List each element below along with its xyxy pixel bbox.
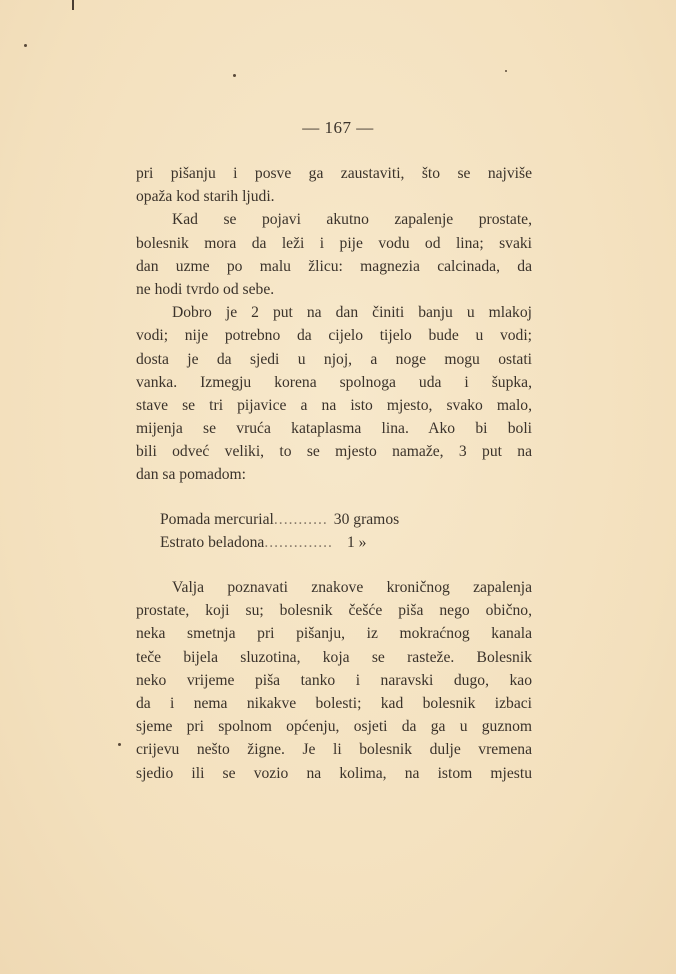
ingredient-quantity: 1 » <box>347 531 367 554</box>
text-line: Kad se pojavi akutno zapalenje prostate, <box>136 208 532 231</box>
text-line: Valja poznavati znakove kroničnog zapale… <box>136 576 532 599</box>
text-line: dan sa pomadom: <box>136 463 532 486</box>
text-line: dan uzme po malu žlicu: magnezia calcina… <box>136 255 532 278</box>
text-line: bili odveć veliki, to se mjesto namaže, … <box>136 440 532 463</box>
prescription-item: Estrato beladona .............. 1 » <box>160 531 520 554</box>
text-line: teče bijela sluzotina, koja se rasteže. … <box>136 646 532 669</box>
text-line: bolesnik mora da leži i pije vodu od lin… <box>136 232 532 255</box>
ink-speck <box>233 74 236 77</box>
scanned-book-page: — 167 — pri pišanju i posve ga zaustavit… <box>0 0 676 974</box>
text-line: crijevu nešto žigne. Je li bolesnik dulj… <box>136 738 532 761</box>
text-line: prostate, koji su; bolesnik češće piša n… <box>136 599 532 622</box>
body-text-top: pri pišanju i posve ga zaustaviti, što s… <box>136 162 532 487</box>
text-line: mijenja se vruća kataplasma lina. Ako bi… <box>136 417 532 440</box>
prescription-list: Pomada mercurial ........... 30 gramos E… <box>160 508 520 554</box>
text-line: da i nema nikakve bolesti; kad bolesnik … <box>136 692 532 715</box>
text-line: vodi; nije potrebno da cijelo tijelo bud… <box>136 324 532 347</box>
text-line: ne hodi tvrdo od sebe. <box>136 278 532 301</box>
text-line: opaža kod starih ljudi. <box>136 185 532 208</box>
ingredient-quantity: 30 gramos <box>334 508 399 531</box>
body-text-bottom: Valja poznavati znakove kroničnog zapale… <box>136 576 532 785</box>
ingredient-name: Estrato beladona <box>160 531 264 554</box>
text-line: neka smetnja pri pišanju, iz mokraćnog k… <box>136 622 532 645</box>
text-line: pri pišanju i posve ga zaustaviti, što s… <box>136 162 532 185</box>
page-number-header: — 167 — <box>0 118 676 138</box>
prescription-item: Pomada mercurial ........... 30 gramos <box>160 508 520 531</box>
ink-speck <box>24 44 27 47</box>
ink-speck <box>505 70 507 72</box>
text-line: stave se tri pijavice a na isto mjesto, … <box>136 394 532 417</box>
text-line: dosta je da sjedi u njoj, a noge mogu os… <box>136 348 532 371</box>
text-line: sjeme pri spolnom općenju, osjeti da ga … <box>136 715 532 738</box>
ingredient-name: Pomada mercurial <box>160 508 274 531</box>
text-line: sjedio ili se vozio na kolima, na istom … <box>136 762 532 785</box>
text-line: neko vrijeme piša tanko i naravski dugo,… <box>136 669 532 692</box>
text-line: vanka. Izmegju korena spolnoga uda i šup… <box>136 371 532 394</box>
leader-dots: ........... <box>274 508 328 531</box>
text-line: Dobro je 2 put na dan činiti banju u mla… <box>136 301 532 324</box>
leader-dots: .............. <box>264 531 333 554</box>
ink-speck <box>118 743 121 746</box>
scan-mark-top <box>72 0 74 10</box>
